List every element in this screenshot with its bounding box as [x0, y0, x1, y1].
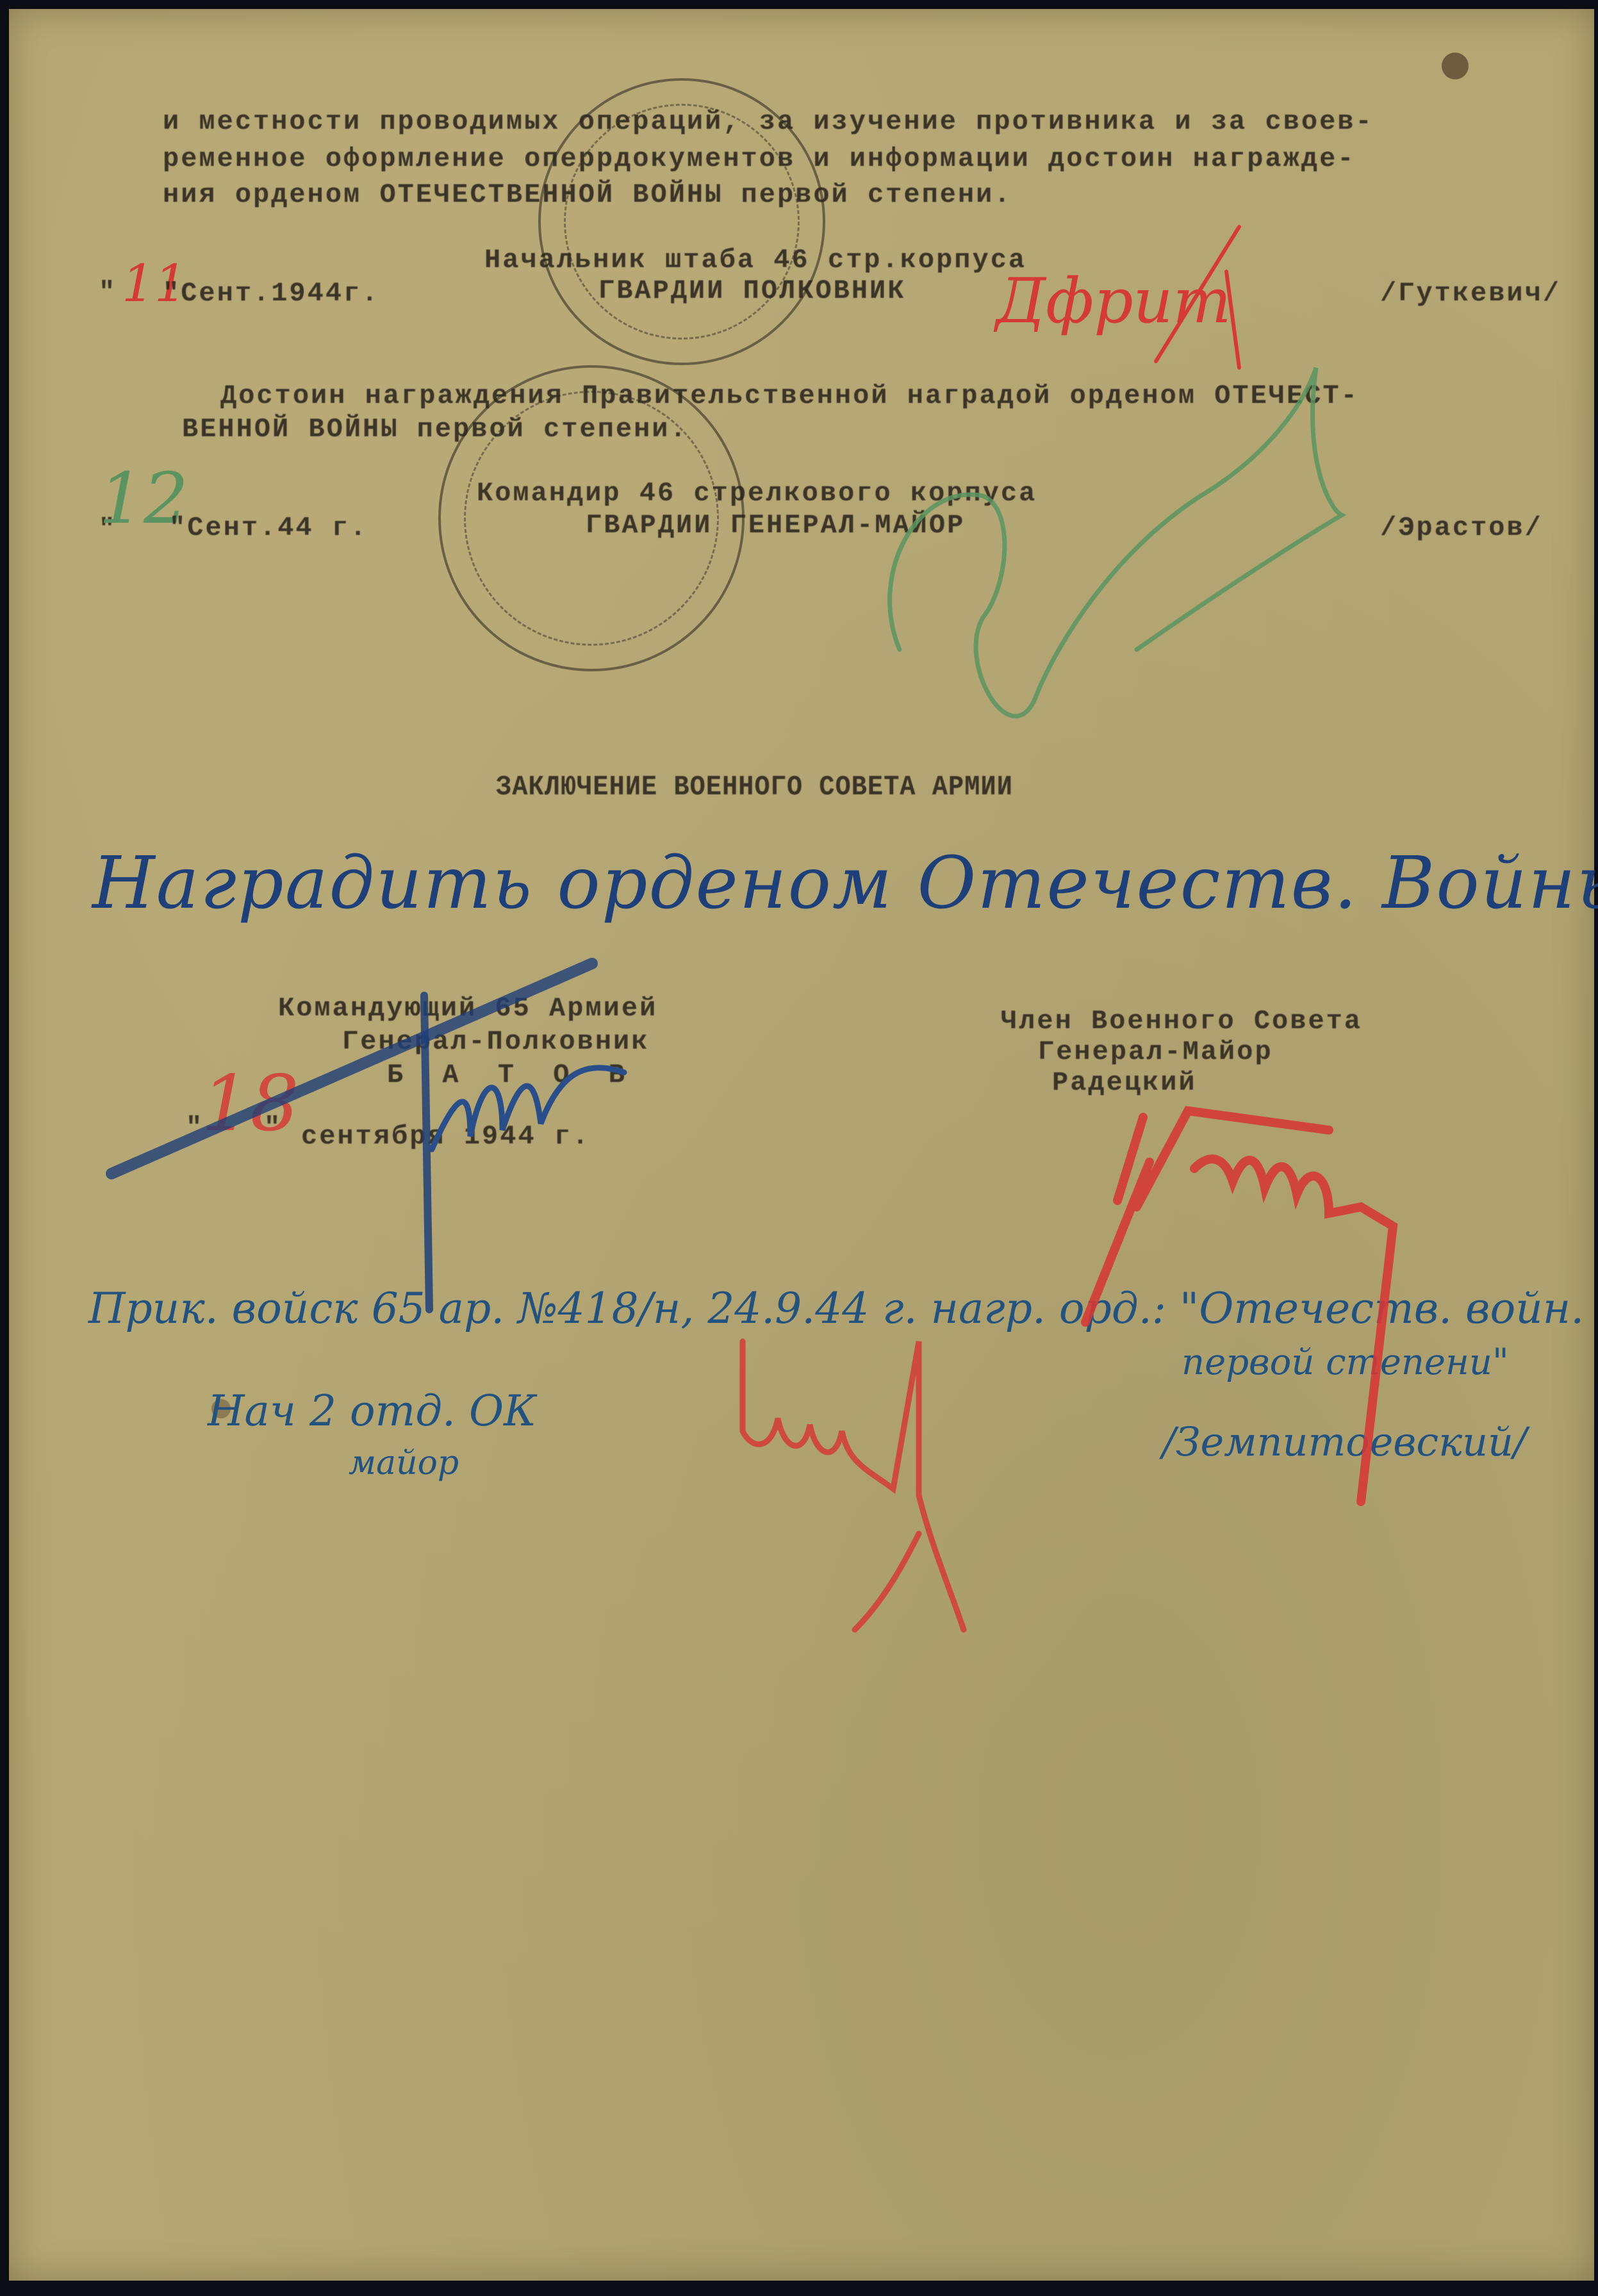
order-note-line: Прик. войск 65 ар. №418/н, 24.9.44 г. на…	[88, 1284, 1584, 1333]
council-member-title: Член Военного Совета	[1001, 1006, 1362, 1037]
order-note-signature: /Земпитоевский/	[1162, 1418, 1527, 1465]
signer-name: /Эрастов/	[1380, 512, 1543, 543]
date-quote: "	[264, 1112, 282, 1143]
clerk-note-line: майор	[349, 1444, 459, 1482]
handwritten-date-day: 18	[201, 1060, 299, 1149]
signer-date: "Сент.1944г.	[163, 278, 379, 309]
green-signature-icon	[890, 368, 1342, 716]
commander-title: Командующий 65 Армией	[278, 993, 657, 1024]
red-signature-bottom-icon	[743, 1341, 964, 1630]
signature-gutkevich: Дфрит	[996, 265, 1231, 337]
clerk-note-line: Нач 2 отд. ОК	[208, 1386, 536, 1436]
signer-rank: ГВАРДИИ ПОЛКОВНИК	[598, 275, 905, 306]
body-line: ВЕННОЙ ВОЙНЫ первой степени.	[182, 414, 688, 445]
council-member-name: Радецкий	[1052, 1067, 1197, 1098]
body-line: ния орденом ОТЕЧЕСТВЕННОЙ ВОЙНЫ первой с…	[163, 179, 1012, 210]
council-resolution: Наградить орденом Отечеств. Войны I ст.	[92, 842, 1598, 925]
signer-rank: ГВАРДИИ ГЕНЕРАЛ-МАЙОР	[586, 510, 965, 541]
commander-rank: Генерал-Полковник	[342, 1026, 649, 1057]
body-line: и местности проводимых операций, за изуч…	[163, 106, 1374, 137]
signer-title: Командир 46 стрелкового корпуса	[477, 478, 1037, 509]
signer-date: "Сент.44 г.	[169, 512, 368, 543]
order-note-line: первой степени"	[1182, 1341, 1509, 1383]
body-line: Достоин награждения Правительственной на…	[220, 381, 1359, 411]
commander-date: сентября 1944 г.	[301, 1121, 590, 1152]
ink-stain	[1442, 53, 1469, 79]
signer-name: /Гуткевич/	[1380, 278, 1561, 309]
date-quote: "	[99, 277, 117, 307]
council-member-rank: Генерал-Майор	[1038, 1037, 1273, 1067]
body-line: ременное оформление оперрдокументов и ин…	[163, 143, 1355, 174]
commander-name: Б А Т О В	[387, 1060, 636, 1090]
section-heading: ЗАКЛЮЧЕНИЕ ВОЕННОГО СОВЕТА АРМИИ	[496, 771, 1013, 803]
document-page: и местности проводимых операций, за изуч…	[9, 9, 1594, 2281]
signer-title: Начальник штаба 46 стр.корпуса	[484, 245, 1026, 275]
